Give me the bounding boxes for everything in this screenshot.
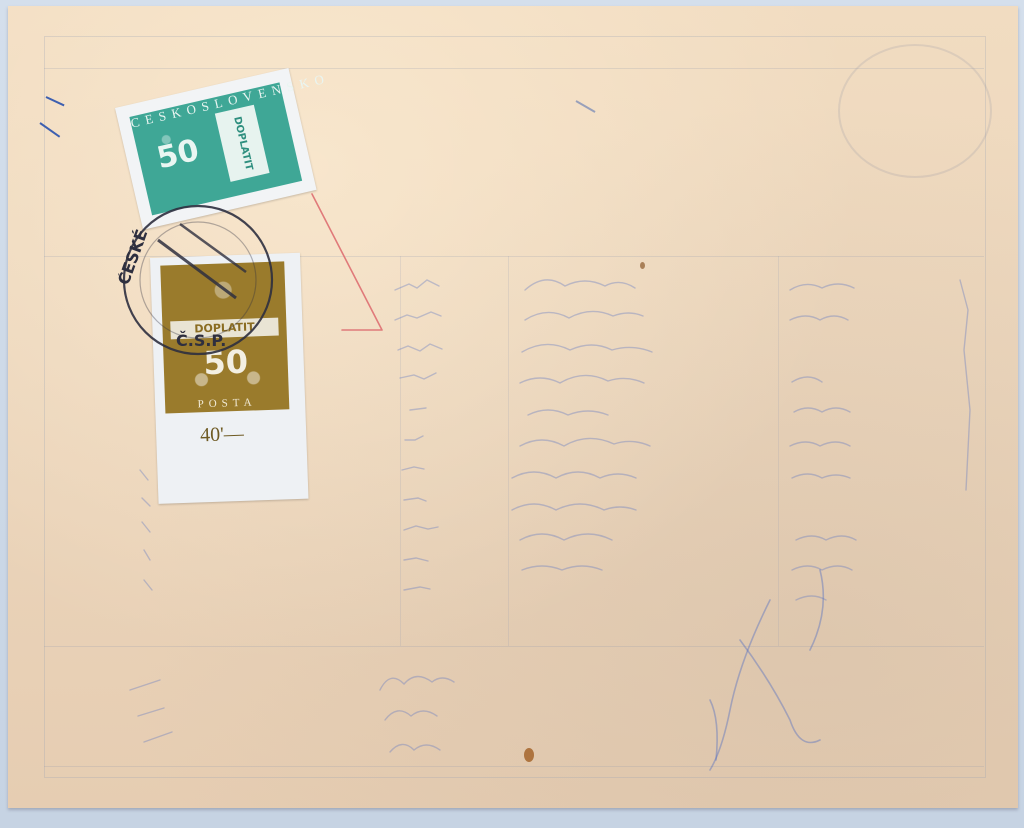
stamp-design: CESKOSLOVENSKO 50 DOPLATIT: [129, 82, 302, 215]
brown-stain: [524, 748, 534, 762]
postmark-text-top: ČESKÉ: [118, 227, 151, 288]
postmark-text-bottom: Č.S.P.: [176, 331, 226, 350]
stamp-label: DOPLATIT: [215, 105, 270, 182]
circular-postmark: ČESKÉ Č.S.P.: [118, 200, 288, 370]
brown-speck: [640, 262, 645, 269]
stamp-bottom-text: POSTA: [165, 395, 289, 411]
sheet-margin-number: 40'—: [200, 423, 244, 448]
stamp-value: 50: [154, 133, 203, 176]
